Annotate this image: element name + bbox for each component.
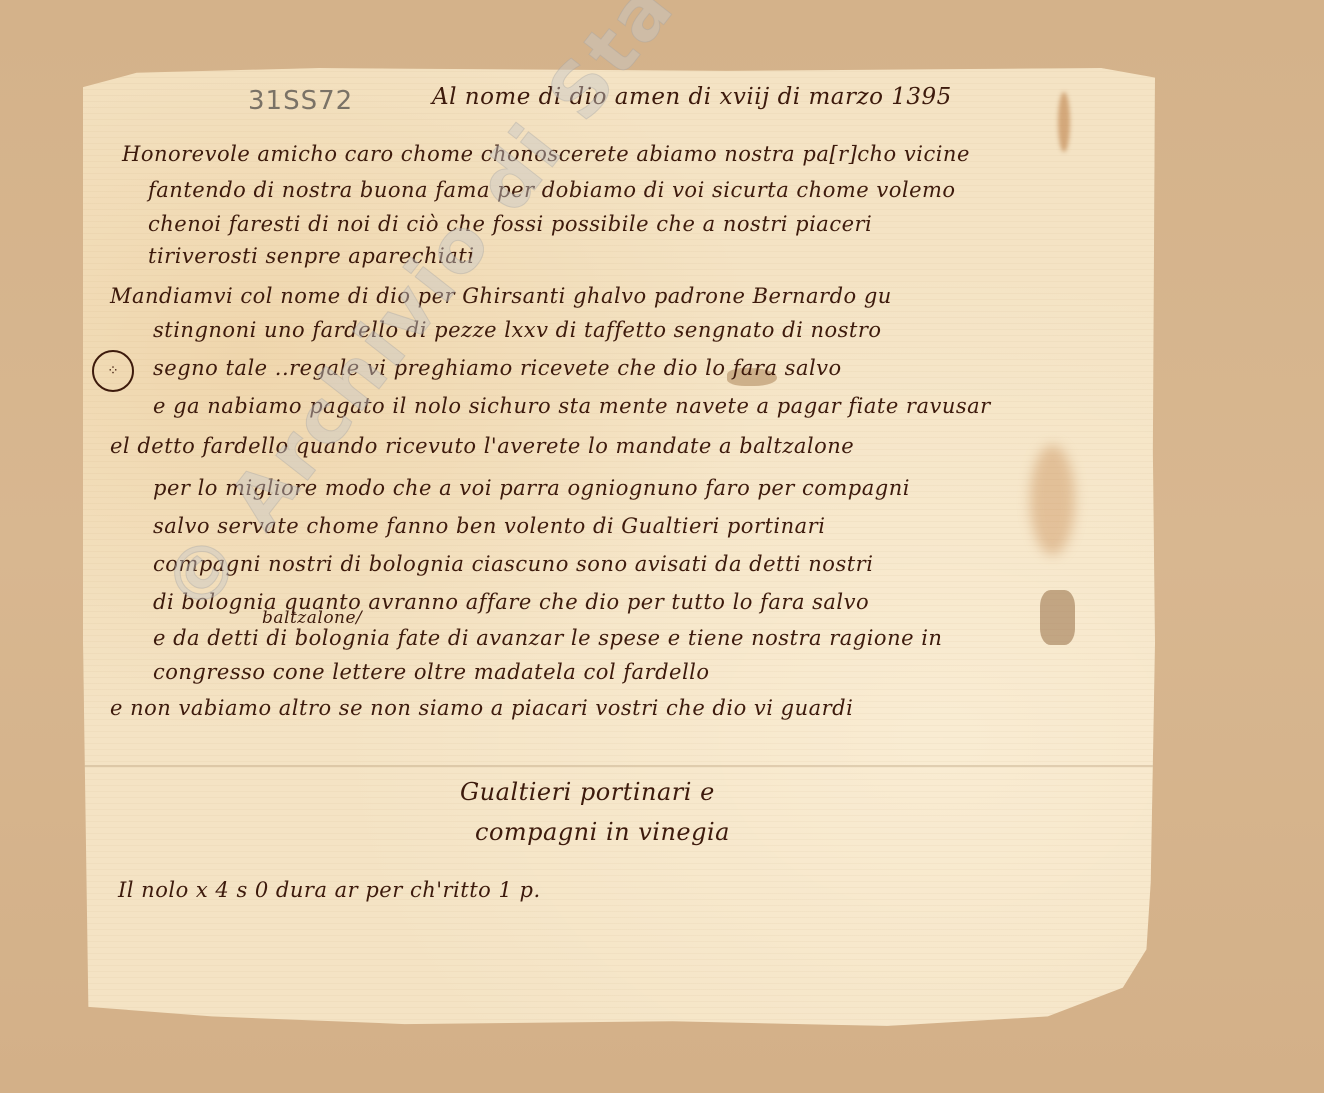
- body-line-6: stingnoni uno fardello di pezze lxxv di …: [153, 318, 882, 342]
- body-line-16: e non vabiamo altro se non siamo a piaca…: [110, 696, 853, 720]
- body-line-9: el detto fardello quando ricevuto l'aver…: [110, 434, 854, 458]
- signature-line-1: Gualtieri portinari e: [460, 778, 715, 806]
- body-line-7: segno tale ..regale vi preghiamo ricevet…: [153, 356, 842, 380]
- body-line-5: Mandiamvi col nome di dio per Ghirsanti …: [110, 284, 892, 308]
- paper-damage: [1040, 590, 1075, 645]
- body-line-14: e da detti di bolognia fate di avanzar l…: [153, 626, 942, 650]
- merchant-mark-icon: ⁘: [92, 350, 134, 392]
- footer-note: Il nolo x 4 s 0 dura ar per ch'ritto 1 p…: [118, 878, 541, 902]
- signature-line-2: compagni in vinegia: [475, 818, 730, 846]
- interlinear-note: baltzalone/: [262, 608, 362, 628]
- archive-number: 31SS72: [248, 86, 353, 116]
- letter-heading: Al nome di dio amen di xviij di marzo 13…: [432, 84, 952, 110]
- body-line-15: congresso cone lettere oltre madatela co…: [153, 660, 710, 684]
- water-stain: [1030, 445, 1075, 555]
- edge-stain: [1058, 92, 1070, 152]
- body-line-13: di bolognia quanto avranno affare che di…: [153, 590, 869, 614]
- fold-line: [83, 765, 1155, 767]
